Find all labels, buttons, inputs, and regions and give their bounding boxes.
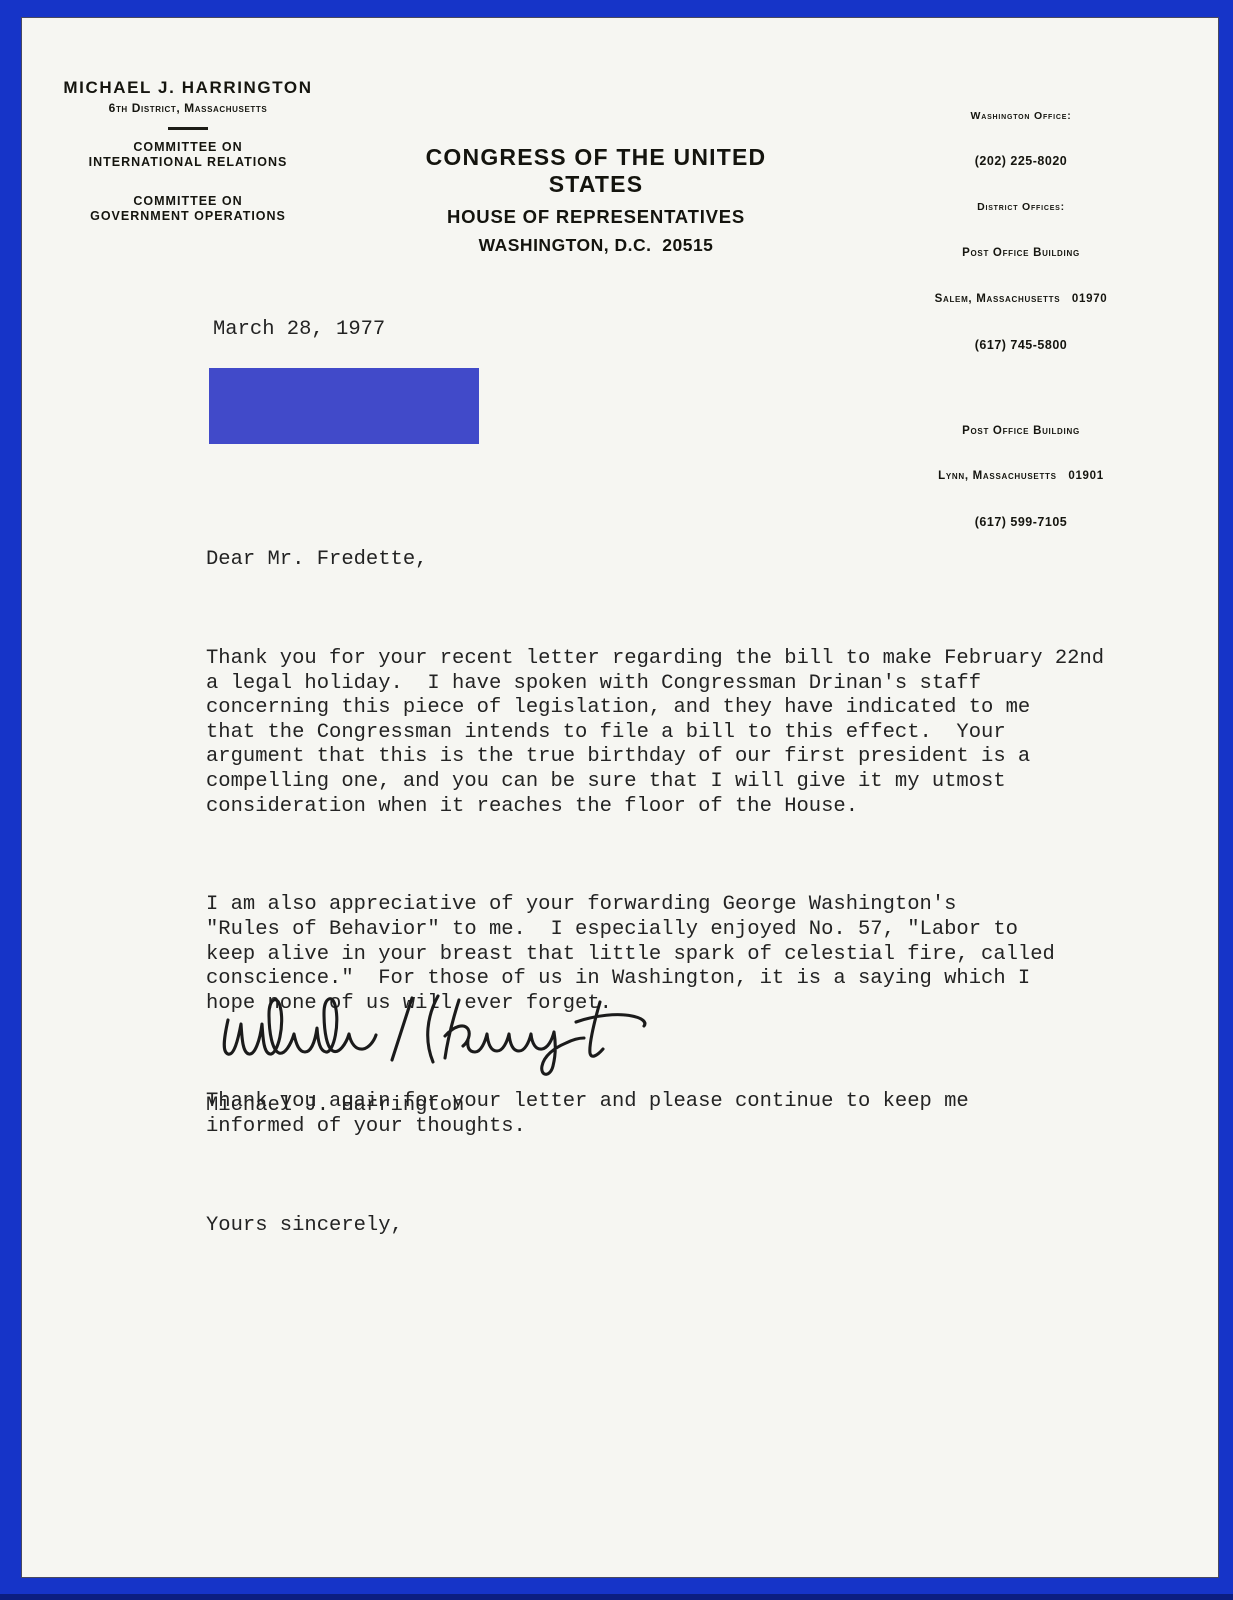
- spacer: [891, 384, 1151, 393]
- paragraph: Thank you for your recent letter regardi…: [206, 647, 1146, 819]
- closing: Yours sincerely,: [206, 1214, 1146, 1239]
- district-offices-label: District Offices:: [891, 200, 1151, 215]
- washington-office-phone: (202) 225-8020: [891, 154, 1151, 169]
- office-phone: (617) 745-5800: [891, 338, 1151, 353]
- member-district: 6th District, Massachusetts: [48, 101, 328, 115]
- divider-rule: [168, 127, 208, 130]
- committee-line: INTERNATIONAL RELATIONS: [48, 155, 328, 171]
- washington-address: WASHINGTON, D.C. 20515: [376, 235, 816, 256]
- scanned-letter-photo: { "page": { "background_color": "#1634c8…: [0, 0, 1233, 1600]
- committee-line: COMMITTEE ON: [48, 140, 328, 156]
- committee-line: GOVERNMENT OPERATIONS: [48, 209, 328, 225]
- office-building: Post Office Building: [891, 246, 1151, 261]
- member-name: MICHAEL J. HARRINGTON: [48, 78, 328, 98]
- letter-page: MICHAEL J. HARRINGTON 6th District, Mass…: [21, 17, 1219, 1578]
- letter-date: March 28, 1977: [213, 318, 385, 341]
- letter-body: Dear Mr. Fredette, Thank you for your re…: [206, 499, 1146, 1313]
- committee-international-relations: COMMITTEE ON INTERNATIONAL RELATIONS: [48, 140, 328, 171]
- typed-signature-name: Michael J. Harrington: [206, 1094, 464, 1117]
- house-title: HOUSE OF REPRESENTATIVES: [376, 206, 816, 228]
- letterhead-offices-block: Washington Office: (202) 225-8020 Distri…: [891, 78, 1151, 561]
- letterhead-title-block: CONGRESS OF THE UNITED STATES HOUSE OF R…: [376, 144, 816, 256]
- redacted-recipient-address: [209, 368, 479, 444]
- letterhead-member-block: MICHAEL J. HARRINGTON 6th District, Mass…: [48, 78, 328, 225]
- handwritten-signature: [216, 990, 661, 1082]
- office-city-zip: Lynn, Massachusetts 01901: [891, 469, 1151, 484]
- committee-government-operations: COMMITTEE ON GOVERNMENT OPERATIONS: [48, 194, 328, 225]
- salutation: Dear Mr. Fredette,: [206, 548, 1146, 573]
- office-city-zip: Salem, Massachusetts 01970: [891, 292, 1151, 307]
- washington-office-label: Washington Office:: [891, 109, 1151, 124]
- committee-line: COMMITTEE ON: [48, 194, 328, 210]
- congress-title: CONGRESS OF THE UNITED STATES: [376, 144, 816, 198]
- office-building: Post Office Building: [891, 424, 1151, 439]
- photo-edge-shadow: [0, 1594, 1233, 1600]
